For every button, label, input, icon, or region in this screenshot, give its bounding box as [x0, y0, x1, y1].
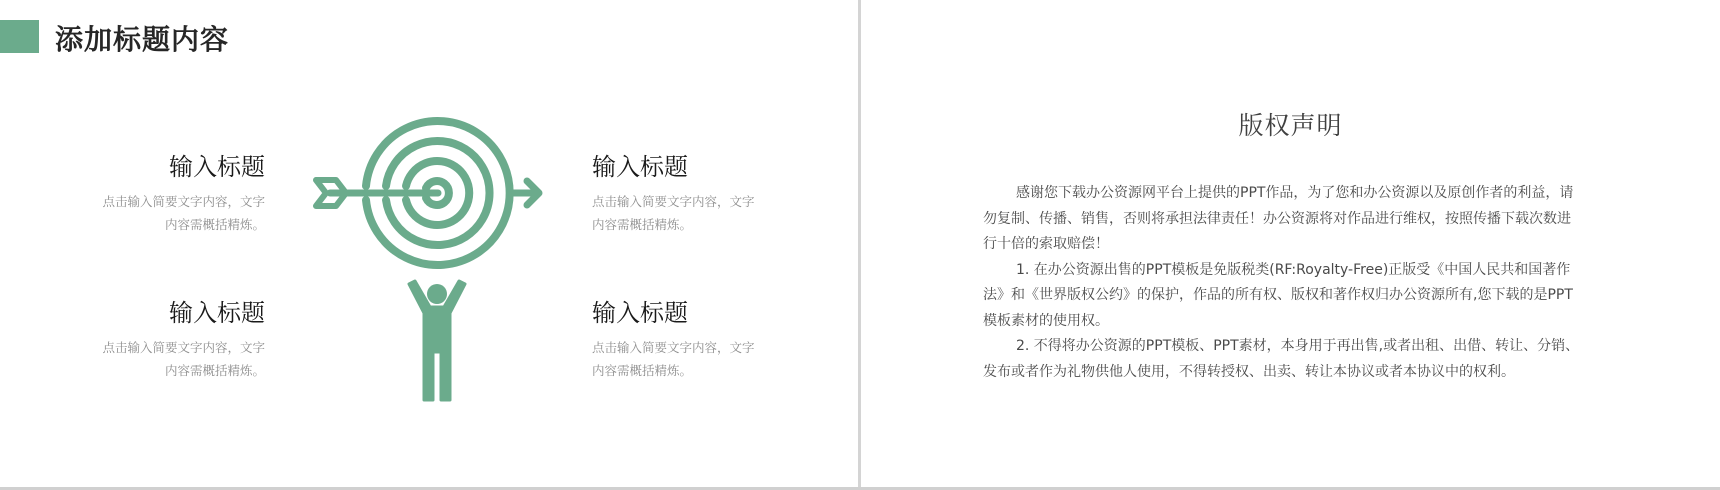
- item-description: 点击输入简要文字内容，文字 内容需概括精炼。: [65, 336, 265, 382]
- item-description: 点击输入简要文字内容，文字 内容需概括精炼。: [592, 336, 792, 382]
- copyright-paragraph: 2. 不得将办公资源的PPT模板、PPT素材，本身用于再出售,或者出租、出借、转…: [983, 334, 1583, 385]
- copyright-title: 版权声明: [861, 106, 1720, 142]
- person-icon: [409, 281, 465, 400]
- header-accent-bar: [0, 20, 39, 53]
- item-top-right[interactable]: 输入标题 点击输入简要文字内容，文字 内容需概括精炼。: [592, 152, 792, 236]
- item-description: 点击输入简要文字内容，文字 内容需概括精炼。: [592, 190, 792, 236]
- copyright-body: 感谢您下载办公资源网平台上提供的PPT作品，为了您和办公资源以及原创作者的利益，…: [983, 181, 1583, 385]
- copyright-paragraph: 1. 在办公资源出售的PPT模板是免版税类(RF:Royalty-Free)正版…: [983, 258, 1583, 335]
- slide-left: 添加标题内容 输入标题 点击输入简要文字内容，文字 内容需概括精炼。 输入标题 …: [0, 0, 858, 487]
- item-bottom-left[interactable]: 输入标题 点击输入简要文字内容，文字 内容需概括精炼。: [65, 298, 265, 382]
- target-graphic: [300, 100, 560, 414]
- item-title: 输入标题: [592, 298, 792, 328]
- slide-right: 版权声明 感谢您下载办公资源网平台上提供的PPT作品，为了您和办公资源以及原创作…: [861, 0, 1720, 487]
- item-title: 输入标题: [65, 152, 265, 182]
- item-bottom-right[interactable]: 输入标题 点击输入简要文字内容，文字 内容需概括精炼。: [592, 298, 792, 382]
- item-top-left[interactable]: 输入标题 点击输入简要文字内容，文字 内容需概括精炼。: [65, 152, 265, 236]
- item-title: 输入标题: [65, 298, 265, 328]
- item-description: 点击输入简要文字内容，文字 内容需概括精炼。: [65, 190, 265, 236]
- item-title: 输入标题: [592, 152, 792, 182]
- page-title: 添加标题内容: [55, 18, 229, 58]
- copyright-paragraph: 感谢您下载办公资源网平台上提供的PPT作品，为了您和办公资源以及原创作者的利益，…: [983, 181, 1583, 258]
